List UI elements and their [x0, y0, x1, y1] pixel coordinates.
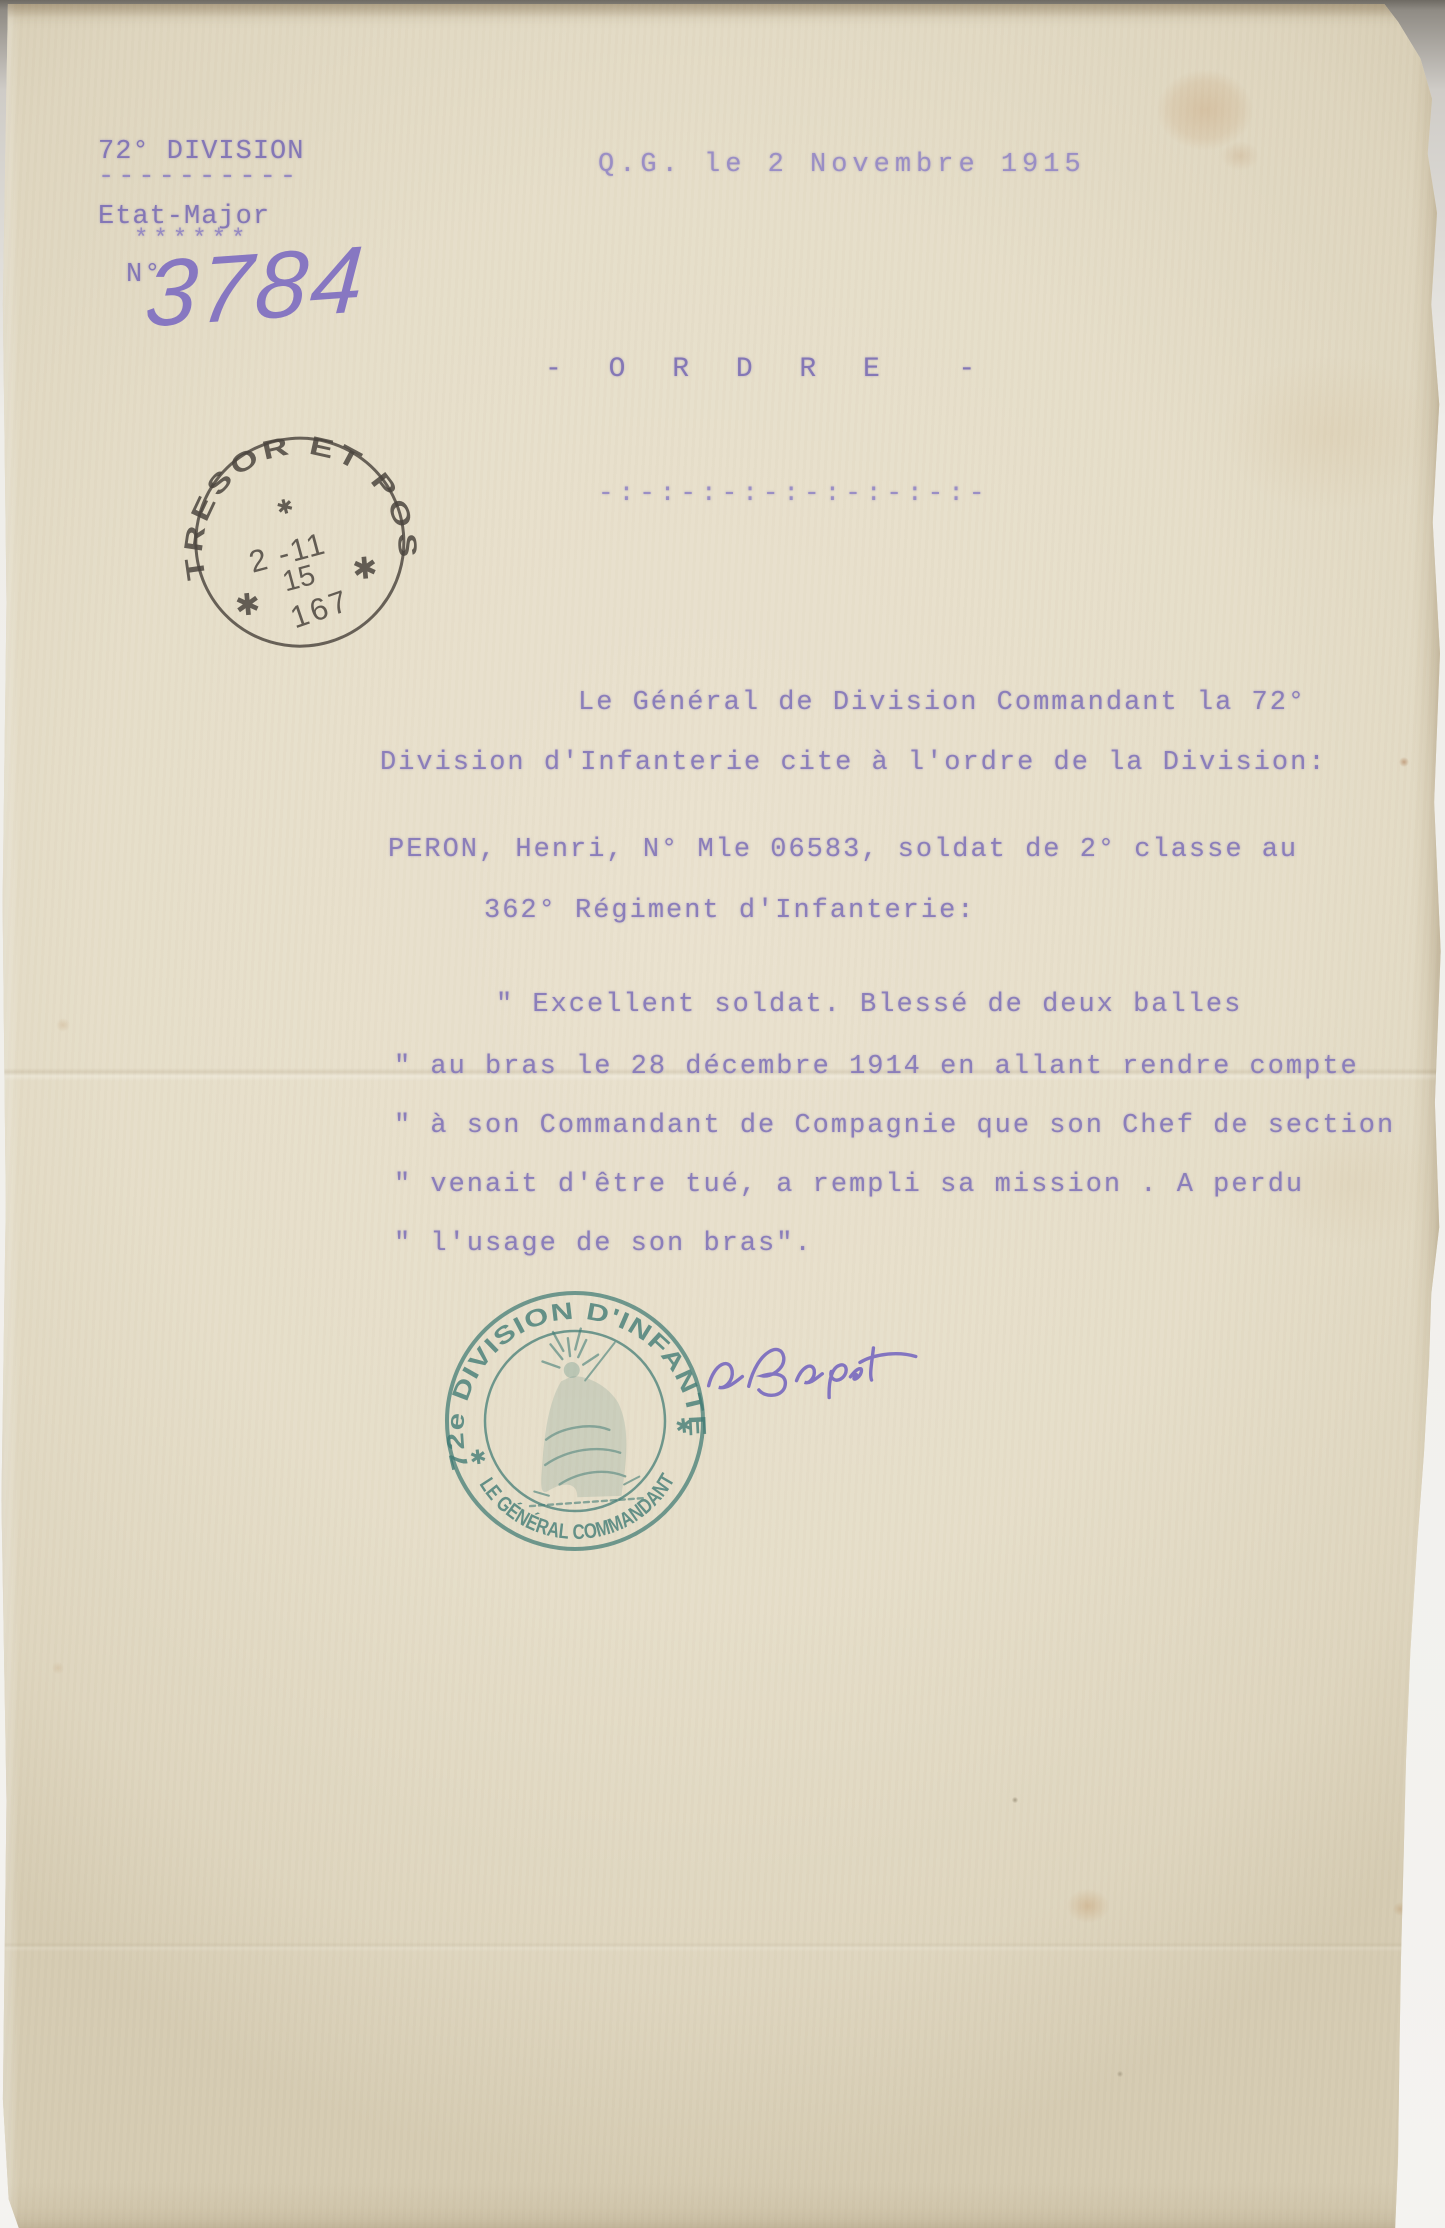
citation-line2: " au bras le 28 décembre 1914 en allant …: [394, 1052, 1359, 1082]
citation-line1: " Excellent soldat. Blessé de deux balle…: [496, 990, 1242, 1020]
division-stamp-left-star-icon: ✱: [469, 1446, 488, 1470]
division-stamp: 72e DIVISION D'INFANTERIE LE GÉNÉRAL COM…: [425, 1271, 726, 1572]
document-page: 72° DIVISION ---------- Etat-Major *****…: [0, 4, 1445, 2228]
postal-stamp-left-star-icon: ✱: [234, 588, 262, 623]
signature-text: aBapst: [0, 4, 1, 5]
signature-scribble: [698, 1316, 931, 1414]
liberty-figure-icon: [509, 1323, 646, 1512]
postal-stamp-right-star-icon: ✱: [351, 552, 379, 587]
unit-heading-rule: ----------: [98, 162, 300, 192]
body-para2-line2: 362° Régiment d'Infanterie:: [484, 896, 975, 926]
page-title: - O R D R E -: [545, 354, 990, 385]
citation-line4: " venait d'être tué, a rempli sa mission…: [394, 1170, 1304, 1200]
body-para1-line1: Le Général de Division Commandant la 72°: [578, 688, 1306, 718]
body-para2-line1: PERON, Henri, N° Mle 06583, soldat de 2°…: [388, 835, 1298, 865]
title-flourish: -:-:-:-:-:-:-:-:-:-: [598, 478, 989, 508]
postal-stamp: TRESOR ET POSTES ✱ ✱ ✱ 2 -11 15 167: [172, 414, 432, 674]
citation-line5: " l'usage de son bras".: [394, 1229, 813, 1259]
order-number-handwritten: 3784: [142, 214, 390, 360]
place-date-line: Q.G. le 2 Novembre 1915: [598, 150, 1086, 180]
body-para1-line2: Division d'Infanterie cite à l'ordre de …: [380, 748, 1327, 778]
citation-line3: " à son Commandant de Compagnie que son …: [394, 1111, 1395, 1141]
division-stamp-right-star-icon: ✱: [674, 1415, 693, 1439]
svg-text:3784: 3784: [142, 226, 370, 348]
postal-stamp-center-star-icon: ✱: [274, 495, 296, 521]
